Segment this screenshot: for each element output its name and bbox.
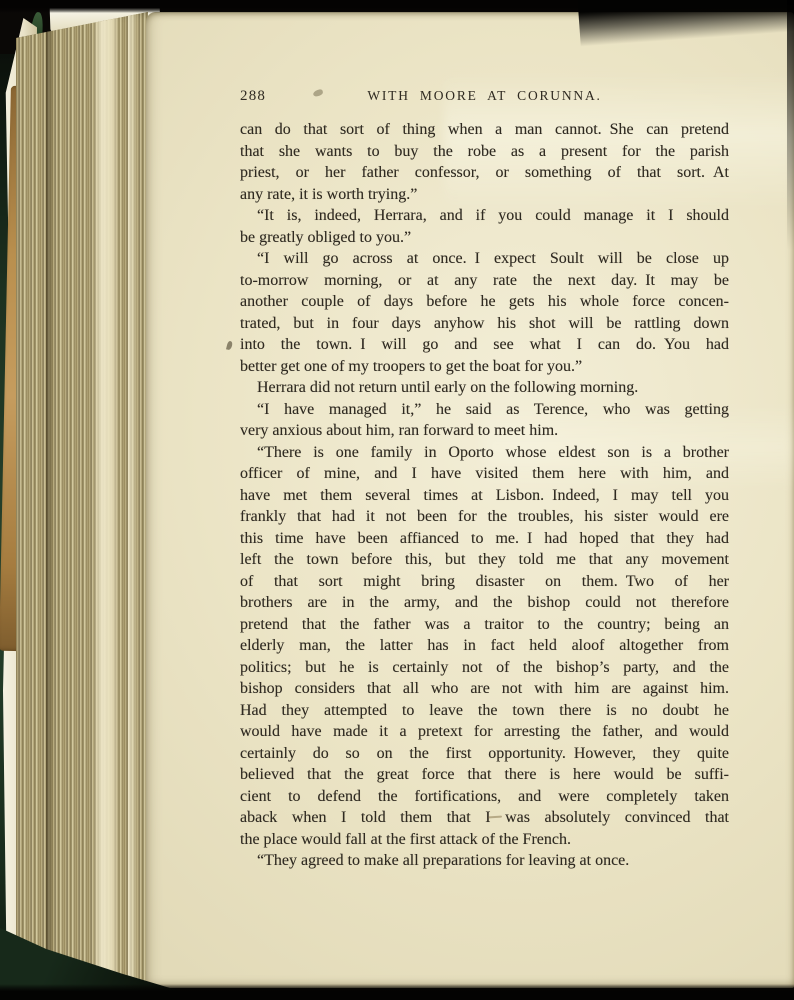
- text-line: another couple of days before he gets hi…: [240, 291, 729, 313]
- text-line: aback when I told them that I was absolu…: [240, 807, 729, 829]
- text-line: would have made it a pretext for arresti…: [240, 721, 729, 743]
- text-line: brothers are in the army, and the bishop…: [240, 592, 729, 614]
- scan-background-right-edge: [787, 0, 794, 250]
- text-line: bishop considers that all who are not wi…: [240, 678, 729, 700]
- text-line: trated, but in four days anyhow his shot…: [240, 313, 729, 335]
- text-line: to-morrow morning, or at any rate the ne…: [240, 270, 729, 292]
- book-scan: 288 WITH MOORE AT CORUNNA. can do that s…: [0, 0, 794, 1000]
- paragraph: Herrara did not return until early on th…: [240, 377, 729, 399]
- text-line: elderly man, the latter has in fact held…: [240, 635, 729, 657]
- text-line: have met them several times at Lisbon. I…: [240, 485, 729, 507]
- page-header: 288 WITH MOORE AT CORUNNA.: [240, 88, 729, 105]
- text-line: “I have managed it,” he said as Terence,…: [240, 399, 729, 421]
- text-line: “They agreed to make all preparations fo…: [240, 850, 729, 872]
- text-line: that she wants to buy the robe as a pres…: [240, 141, 729, 163]
- page-edge-band: [46, 6, 53, 988]
- text-line: any rate, it is worth trying.”: [240, 184, 729, 206]
- text-line: frankly that had it not been for the tro…: [240, 506, 729, 528]
- text-block: 288 WITH MOORE AT CORUNNA. can do that s…: [240, 88, 729, 872]
- text-line: the place would fall at the first attack…: [240, 829, 729, 851]
- text-line: into the town. I will go and see what I …: [240, 334, 729, 356]
- text-line: Herrara did not return until early on th…: [240, 377, 729, 399]
- page-edge-band: [128, 6, 139, 988]
- text-line: officer of mine, and I have visited them…: [240, 463, 729, 485]
- paragraph: “I will go across at once. I expect Soul…: [240, 248, 729, 377]
- text-line: “There is one family in Oporto whose eld…: [240, 442, 729, 464]
- text-line: believed that the great force that there…: [240, 764, 729, 786]
- text-line: Had they attempted to leave the town the…: [240, 700, 729, 722]
- text-line: priest, or her father confessor, or some…: [240, 162, 729, 184]
- page-edge-band: [94, 6, 120, 988]
- text-line: cient to defend the fortifications, and …: [240, 786, 729, 808]
- page-number: 288: [240, 88, 266, 105]
- paragraph: “There is one family in Oporto whose eld…: [240, 442, 729, 851]
- paragraph: “I have managed it,” he said as Terence,…: [240, 399, 729, 442]
- text-line: pretend that the father was a traitor to…: [240, 614, 729, 636]
- text-line: “It is, indeed, Herrara, and if you coul…: [240, 205, 729, 227]
- text-line: better get one of my troopers to get the…: [240, 356, 729, 378]
- scan-background-bottom: [0, 984, 794, 1000]
- page-edge-stack: [16, 6, 148, 988]
- paragraph: “It is, indeed, Herrara, and if you coul…: [240, 205, 729, 248]
- book-page: 288 WITH MOORE AT CORUNNA. can do that s…: [146, 12, 794, 988]
- text-line: left the town before this, but they told…: [240, 549, 729, 571]
- text-line: of that sort might bring disaster on the…: [240, 571, 729, 593]
- text-line: be greatly obliged to you.”: [240, 227, 729, 249]
- text-line: “I will go across at once. I expect Soul…: [240, 248, 729, 270]
- text-line: very anxious about him, ran forward to m…: [240, 420, 729, 442]
- body-text: can do that sort of thing when a man can…: [240, 119, 729, 872]
- text-line: certainly do so on the first opportunity…: [240, 743, 729, 765]
- text-line: politics; but he is certainly not of the…: [240, 657, 729, 679]
- paragraph: can do that sort of thing when a man can…: [240, 119, 729, 205]
- text-line: can do that sort of thing when a man can…: [240, 119, 729, 141]
- text-line: this time have been affianced to me. I h…: [240, 528, 729, 550]
- paragraph: “They agreed to make all preparations fo…: [240, 850, 729, 872]
